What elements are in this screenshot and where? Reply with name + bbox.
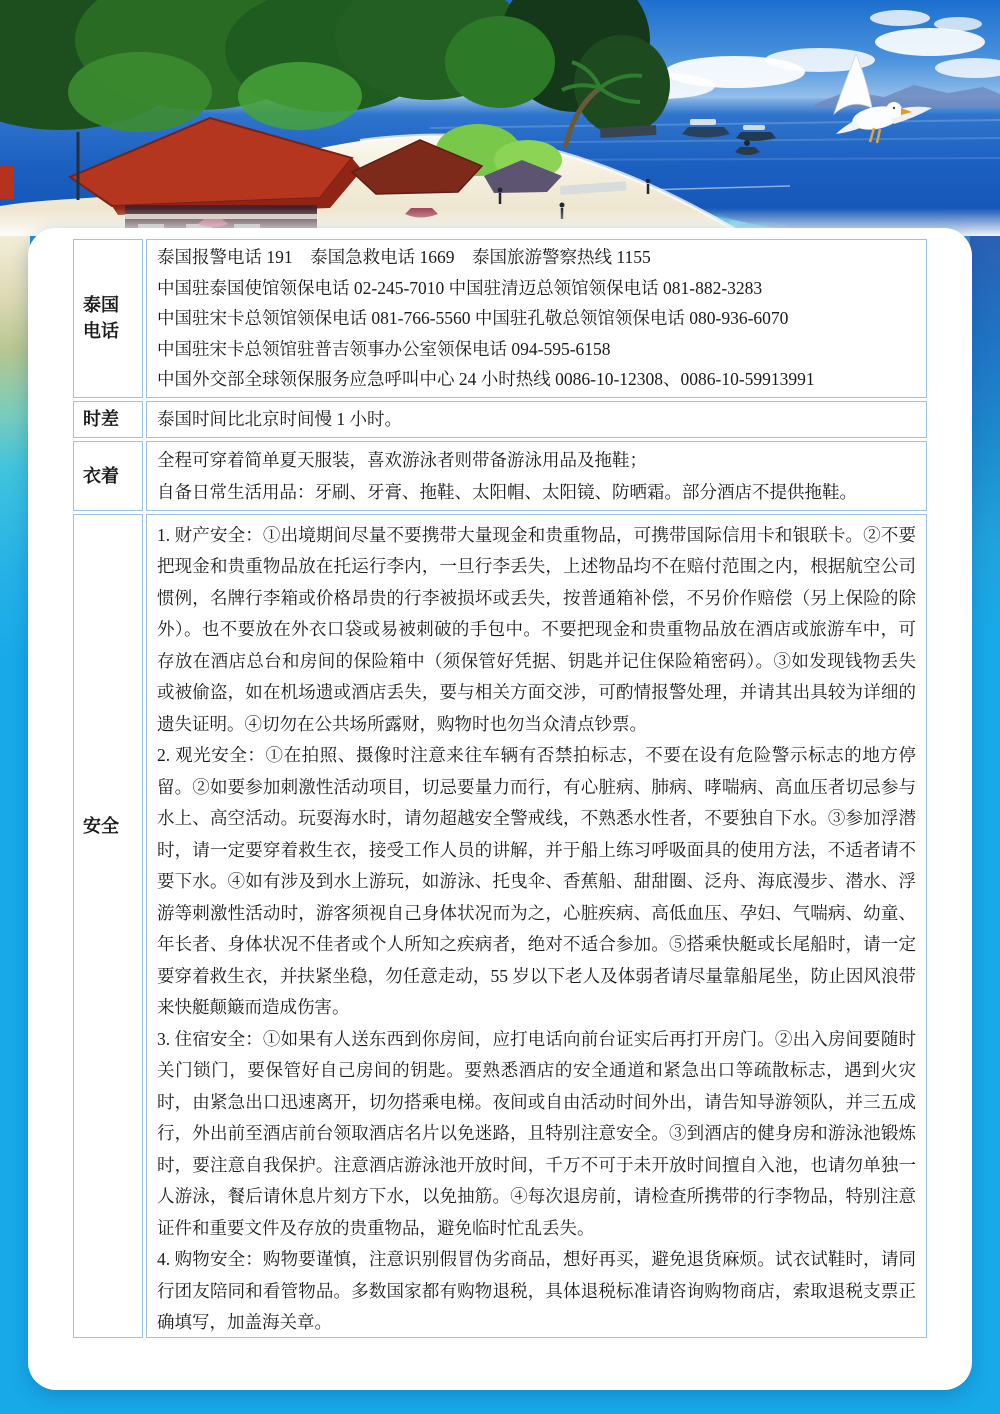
clothing-row: 衣着 全程可穿着简单夏天服装，喜欢游泳者则带备游泳用品及拖鞋； 自备日常生活用品…: [73, 441, 927, 511]
time-content: 泰国时间比北京时间慢 1 小时。: [146, 401, 927, 438]
phone-line-embassy: 中国驻泰国使馆领保电话 02-245-7010 中国驻清迈总领馆领保电话 081…: [157, 273, 916, 304]
beach-scene: [0, 0, 1000, 236]
content-card: 泰国 电话 泰国报警电话 191 泰国急救电话 1669 泰国旅游警察热线 11…: [28, 228, 972, 1390]
safety-paragraph-shopping: 4. 购物安全：购物要谨慎，注意识别假冒伪劣商品，想好再买，避免退货麻烦。试衣试…: [157, 1244, 916, 1332]
safety-label: 安全: [83, 543, 140, 839]
phone-line-phuket-office: 中国驻宋卡总领馆驻普吉领事办公室领保电话 094-595-6158: [157, 334, 916, 365]
ocean-background-right: [970, 230, 1000, 630]
row-label-time: 时差: [73, 401, 143, 438]
safety-content: 1. 财产安全：①出境期间尽量不要携带大量现金和贵重物品，可携带国际信用卡和银联…: [146, 514, 927, 1338]
safety-text-wrap: 1. 财产安全：①出境期间尽量不要携带大量现金和贵重物品，可携带国际信用卡和银联…: [157, 520, 916, 1332]
row-label-clothing: 衣着: [73, 441, 143, 511]
time-text: 泰国时间比北京时间慢 1 小时。: [157, 404, 916, 435]
phone-content: 泰国报警电话 191 泰国急救电话 1669 泰国旅游警察热线 1155 中国驻…: [146, 239, 927, 398]
boater: [744, 140, 750, 146]
info-table: 泰国 电话 泰国报警电话 191 泰国急救电话 1669 泰国旅游警察热线 11…: [70, 236, 930, 1341]
ocean-background-left: [0, 230, 30, 660]
travel-notice-page: 泰国 电话 泰国报警电话 191 泰国急救电话 1669 泰国旅游警察热线 11…: [0, 0, 1000, 1414]
phone-row: 泰国 电话 泰国报警电话 191 泰国急救电话 1669 泰国旅游警察热线 11…: [73, 239, 927, 398]
row-label-safety: 安全: [73, 514, 143, 1338]
safety-paragraph-property: 1. 财产安全：①出境期间尽量不要携带大量现金和贵重物品，可携带国际信用卡和银联…: [157, 520, 916, 741]
phone-line-hotline: 中国外交部全球领保服务应急呼叫中心 24 小时热线 0086-10-12308、…: [157, 364, 916, 395]
hero-beach-photo: [0, 0, 1000, 236]
clothing-content: 全程可穿着简单夏天服装，喜欢游泳者则带备游泳用品及拖鞋； 自备日常生活用品：牙刷…: [146, 441, 927, 511]
row-label-phone: 泰国 电话: [73, 239, 143, 398]
red-fence: [0, 165, 14, 199]
clothing-line-daily-items: 自备日常生活用品：牙刷、牙膏、拖鞋、太阳帽、太阳镜、防晒霜。部分酒店不提供拖鞋。: [157, 476, 916, 508]
time-row: 时差 泰国时间比北京时间慢 1 小时。: [73, 401, 927, 438]
clothing-line-dress: 全程可穿着简单夏天服装，喜欢游泳者则带备游泳用品及拖鞋；: [157, 444, 916, 476]
safety-paragraph-sightseeing: 2. 观光安全：①在拍照、摄像时注意来往车辆有否禁拍标志，不要在设有危险警示标志…: [157, 740, 916, 1024]
phone-line-consulates: 中国驻宋卡总领馆领保电话 081-766-5560 中国驻孔敬总领馆领保电话 0…: [157, 303, 916, 334]
phone-line-emergency: 泰国报警电话 191 泰国急救电话 1669 泰国旅游警察热线 1155: [157, 242, 916, 273]
safety-row: 安全 1. 财产安全：①出境期间尽量不要携带大量现金和贵重物品，可携带国际信用卡…: [73, 514, 927, 1338]
safety-paragraph-accommodation: 3. 住宿安全：①如果有人送东西到你房间，应打电话向前台证实后再打开房门。②出入…: [157, 1024, 916, 1245]
